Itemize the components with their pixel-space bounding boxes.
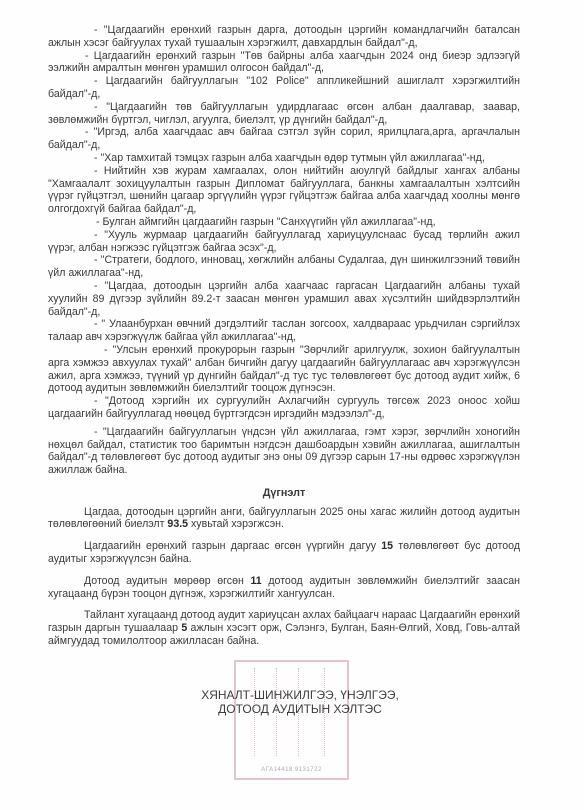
- document-page: - "Цагдаагийн ерөнхий газрын дарга, дото…: [0, 0, 584, 810]
- list-item: - Цагдаагийн ерөнхий газрын "Төв байрны …: [48, 50, 520, 76]
- conclusion-paragraph: Тайлант хугацаанд дотоод аудит хариуцсан…: [48, 609, 520, 647]
- document-body: - "Цагдаагийн ерөнхий газрын дарга, дото…: [48, 24, 520, 657]
- official-stamp: АГА14418 9131722: [234, 660, 349, 780]
- list-item: - "Цагдаа, дотоодын цэргийн алба хаагчаа…: [48, 280, 520, 318]
- list-item: - "Цагдаагийн төв байгууллагын удирдлага…: [48, 101, 520, 127]
- stamp-number: АГА14418 9131722: [236, 767, 347, 773]
- list-item: - Нийтийн хэв журам хамгаалах, олон нийт…: [48, 165, 520, 216]
- list-item: - Цагдаагийн байгууллагын "102 Police" а…: [48, 75, 520, 101]
- list-item: - "Цагдаагийн байгууллагын үндсэн үйл аж…: [48, 426, 520, 477]
- list-item: - "Дотоод хэргийн их сургуулийн Ахлагчий…: [48, 395, 520, 421]
- conclusion-paragraph: Цагдаа, дотоодын цэргийн анги, байгуулла…: [48, 506, 520, 532]
- list-item: - "Хууль журмаар цагдаагийн байгууллагад…: [48, 229, 520, 255]
- list-item: - "Хар тамхитай тэмцэх газрын алба хаагч…: [48, 152, 520, 165]
- conclusion-paragraph: Дотоод аудитын мөрөөр өгсөн 11 дотоод ау…: [48, 575, 520, 601]
- list-item: - Булган аймгийн цагдаагийн газрын "Санх…: [48, 216, 520, 229]
- text: хувьтай хэрэгжсэн.: [188, 518, 284, 530]
- list-item: - "Улсын ерөнхий прокурорын газрын "Зөрч…: [48, 344, 520, 395]
- list-item: - " Улаанбурхан өвчний дэгдэлтийг таслан…: [48, 318, 520, 344]
- text: Дотоод аудитын мөрөөр өгсөн: [84, 575, 251, 587]
- list-item: - "Цагдаагийн ерөнхий газрын дарга, дото…: [48, 24, 520, 50]
- list-item: - "Стратеги, бодлого, инновац, хөгжлийн …: [48, 254, 520, 280]
- department-name-line2: ДОТООД АУДИТЫН ХЭЛТЭС: [180, 702, 420, 716]
- list-item: - "Иргэд, алба хаагчдаас авч байгаа сэтг…: [48, 126, 520, 152]
- department-signature: ХЯНАЛТ-ШИНЖИЛГЭЭ, ҮНЭЛГЭЭ, ДОТООД АУДИТЫ…: [180, 688, 420, 716]
- text: Цагдаа, дотоодын цэргийн анги, байгуулла…: [48, 506, 520, 531]
- department-name-line1: ХЯНАЛТ-ШИНЖИЛГЭЭ, ҮНЭЛГЭЭ,: [180, 688, 420, 702]
- unplanned-audit-count: 15: [381, 540, 393, 552]
- plan-completion-percent: 93.5: [167, 518, 188, 530]
- conclusion-paragraph: Цагдаагийн ерөнхий газрын даргаас өгсөн …: [48, 540, 520, 566]
- conclusion-heading: Дүгнэлт: [48, 487, 520, 500]
- text: Цагдаагийн ерөнхий газрын даргаас өгсөн …: [84, 540, 381, 552]
- recommendation-count: 11: [251, 575, 262, 587]
